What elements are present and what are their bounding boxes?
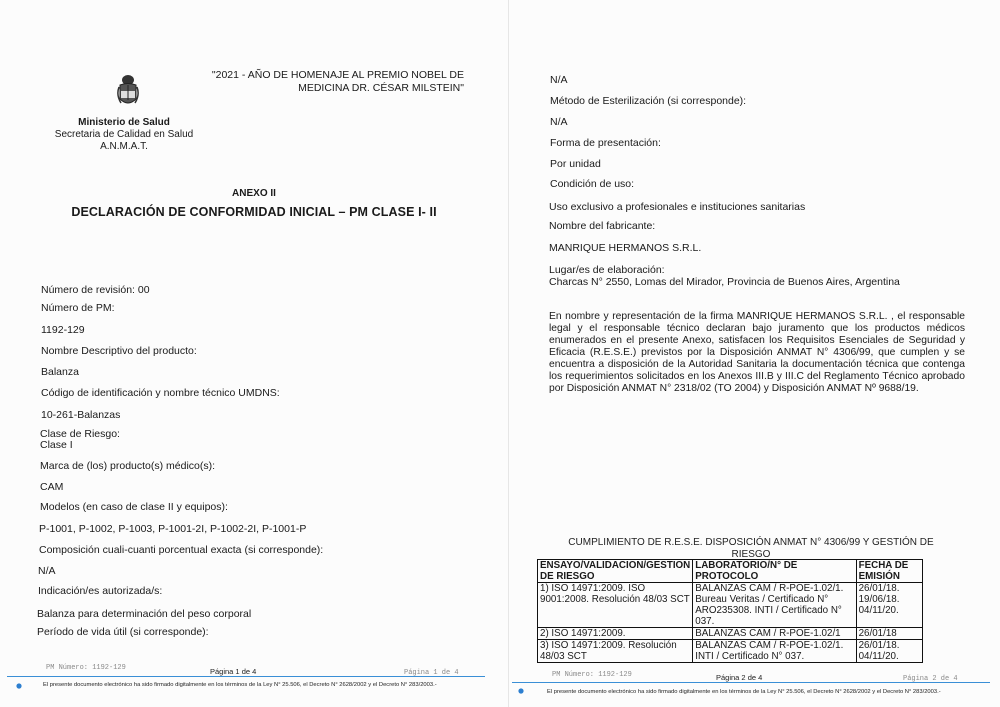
rese-section-title: CUMPLIMIENTO DE R.E.S.E. DISPOSICIÓN ANM…: [560, 537, 942, 561]
header-fecha: FECHA DE EMISIÓN: [856, 560, 922, 583]
field-indication-value: Balanza para determinación del peso corp…: [37, 608, 251, 620]
motto-line-2: MEDICINA DR. CÉSAR MILSTEIN": [200, 82, 464, 95]
field-presentation-value: Por unidad: [550, 158, 601, 170]
cell-ensayo: 1) ISO 14971:2009. ISO 9001:2008. Resolu…: [538, 583, 693, 628]
table-row: 2) ISO 14971:2009. BALANZAS CAM / R-POE-…: [538, 628, 923, 640]
field-use-condition-value: Uso exclusivo a profesionales e instituc…: [549, 201, 805, 213]
document-title: DECLARACIÓN DE CONFORMIDAD INICIAL – PM …: [0, 205, 508, 219]
field-manufacturer-label: Nombre del fabricante:: [549, 220, 655, 232]
field-composition-value: N/A: [38, 565, 56, 577]
field-composition-label: Composición cuali-cuanti porcentual exac…: [39, 544, 323, 556]
header-laboratorio: LABORATORIO/N° DE PROTOCOLO: [693, 560, 856, 583]
field-presentation-label: Forma de presentación:: [550, 137, 661, 149]
signature-icon: [518, 688, 524, 694]
field-location-label: Lugar/es de elaboración:: [549, 264, 665, 276]
cell-ensayo: 3) ISO 14971:2009. Resolución 48/03 SCT: [538, 640, 693, 663]
field-pm-label: Número de PM:: [41, 302, 115, 314]
field-sterilization-value: N/A: [550, 116, 568, 128]
field-location-value: Charcas N° 2550, Lomas del Mirador, Prov…: [549, 276, 900, 288]
footer-pm-number: PM Número: 1192-129: [552, 671, 632, 679]
field-models-label: Modelos (en caso de clase II y equipos):: [40, 501, 228, 513]
declaration-paragraph: En nombre y representación de la firma M…: [549, 311, 965, 395]
field-lifetime-value: N/A: [550, 74, 568, 86]
field-sterilization-label: Método de Esterilización (si corresponde…: [550, 95, 746, 107]
field-product-name-label: Nombre Descriptivo del producto:: [41, 345, 197, 357]
table-row: 1) ISO 14971:2009. ISO 9001:2008. Resolu…: [538, 583, 923, 628]
table-header-row: ENSAYO/VALIDACION/GESTION DE RIESGO LABO…: [538, 560, 923, 583]
field-umdns-value: 10-261-Balanzas: [41, 409, 120, 421]
field-brand-label: Marca de (los) producto(s) médico(s):: [40, 460, 215, 472]
cell-laboratorio: BALANZAS CAM / R-POE-1.02/1. Bureau Veri…: [693, 583, 856, 628]
anexo-label: ANEXO II: [0, 188, 508, 199]
field-brand-value: CAM: [40, 481, 63, 493]
field-umdns-label: Código de identificación y nombre técnic…: [41, 387, 280, 399]
year-motto: "2021 - AÑO DE HOMENAJE AL PREMIO NOBEL …: [200, 69, 464, 94]
ministry-header: Ministerio de Salud Secretaria de Calida…: [48, 117, 200, 153]
coat-of-arms-icon: [116, 73, 140, 109]
footer-rule: [7, 676, 485, 677]
agency-name: A.N.M.A.T.: [48, 141, 200, 153]
field-use-condition-label: Condición de uso:: [550, 178, 634, 190]
cell-laboratorio: BALANZAS CAM / R-POE-1.02/1: [693, 628, 856, 640]
signature-icon: [16, 683, 22, 689]
cell-laboratorio: BALANZAS CAM / R-POE-1.02/1. INTI / Cert…: [693, 640, 856, 663]
motto-line-1: "2021 - AÑO DE HOMENAJE AL PREMIO NOBEL …: [200, 69, 464, 82]
footer-rule: [512, 682, 990, 683]
field-models-value: P-1001, P-1002, P-1003, P-1001-2I, P-100…: [39, 523, 306, 535]
header-ensayo: ENSAYO/VALIDACION/GESTION DE RIESGO: [538, 560, 693, 583]
field-risk-class-value: Clase I: [40, 439, 73, 451]
footer-legal-note: El presente documento electrónico ha sid…: [43, 682, 437, 688]
cell-fecha: 26/01/18. 04/11/20.: [856, 640, 922, 663]
footer-pm-number: PM Número: 1192-129: [46, 664, 126, 672]
secretaria-name: Secretaria de Calidad en Salud: [48, 129, 200, 141]
rese-table: ENSAYO/VALIDACION/GESTION DE RIESGO LABO…: [537, 559, 923, 663]
ministry-name: Ministerio de Salud: [48, 117, 200, 129]
footer-page-center: Página 1 de 4: [210, 667, 256, 676]
field-product-name-value: Balanza: [41, 366, 79, 378]
cell-fecha: 26/01/18: [856, 628, 922, 640]
field-pm-value: 1192-129: [41, 324, 85, 336]
cell-ensayo: 2) ISO 14971:2009.: [538, 628, 693, 640]
field-manufacturer-value: MANRIQUE HERMANOS S.R.L.: [549, 242, 701, 254]
cell-fecha: 26/01/18. 19/06/18. 04/11/20.: [856, 583, 922, 628]
footer-legal-note: El presente documento electrónico ha sid…: [547, 689, 941, 695]
field-lifetime-label: Período de vida útil (si corresponde):: [37, 626, 209, 638]
field-indication-label: Indicación/es autorizada/s:: [38, 585, 162, 597]
field-revision: Número de revisión: 00: [41, 284, 150, 296]
footer-page-center: Página 2 de 4: [716, 673, 762, 682]
table-row: 3) ISO 14971:2009. Resolución 48/03 SCT …: [538, 640, 923, 663]
